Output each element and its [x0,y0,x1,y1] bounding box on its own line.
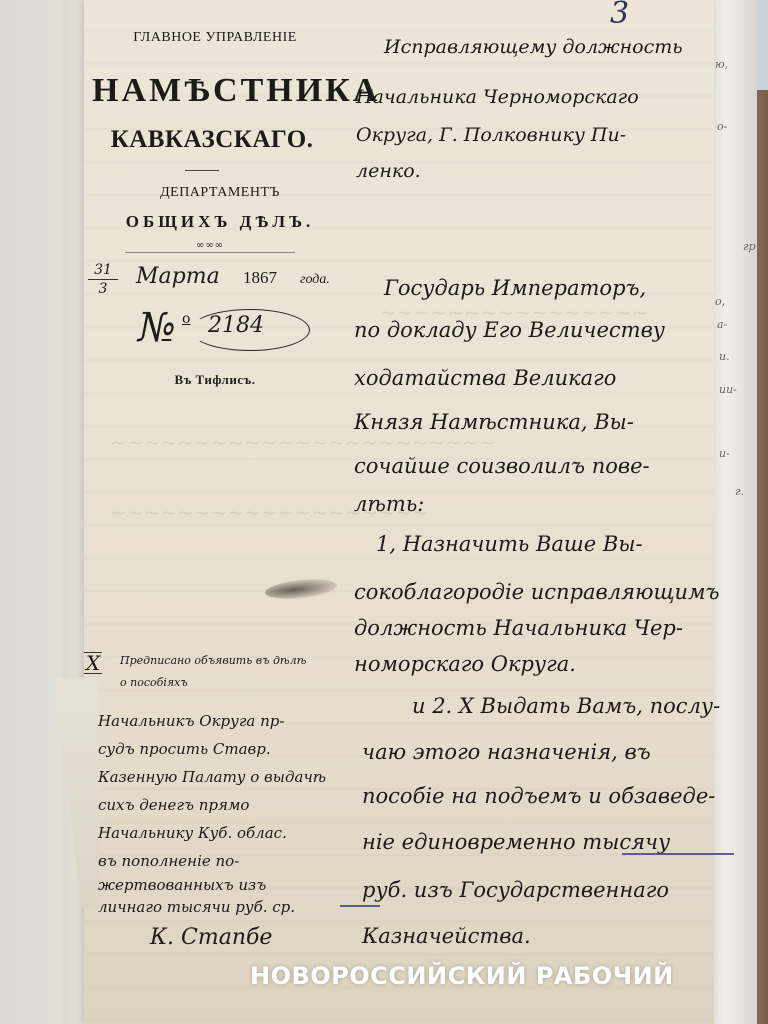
margin-note-line: жертвованныхъ изъ [98,876,266,894]
body-line: лѣть: [354,492,424,516]
margin-note-line: сихъ денегъ прямо [98,796,249,814]
date-year-suffix: года. [300,272,330,288]
margin-note-line: Начальникъ Округа пр- [98,712,284,730]
margin-note-line: судъ просить Ставр. [98,740,271,758]
body-line: и 2. X Выдать Вамъ, послу- [412,694,720,718]
body-line: по докладу Его Величеству [354,318,665,342]
body-line: Государь Императоръ, [384,276,646,300]
date-year: 1867 [243,268,277,288]
date-month: Марта [136,264,220,289]
edge-note: гр [743,240,756,253]
letterhead-department-label: ДЕПАРТАМЕНТЪ [120,185,320,201]
letterhead-line-1: ГЛАВНОЕ УПРАВЛЕНІЕ [110,30,320,46]
address-line: Начальника Черноморскаго [356,86,639,108]
edge-note: ю, [715,58,728,71]
body-line: руб. изъ Государственнаго [362,878,669,902]
signature: К. Стапбе [150,925,272,950]
body-line: сочайше соизволилъ пове- [354,454,650,478]
margin-note-top: Предписано объявить въ дѣлѣ [120,654,306,667]
edge-note: и- [719,447,730,460]
letterhead-department-name: ОБЩИХЪ ДѢЛЪ. [100,212,340,232]
ornament-icon: ∞∞∞ [150,240,270,251]
margin-note-line: личнаго тысячи руб. ср. [98,898,295,916]
ornament-line [125,252,295,253]
margin-note-line: Казенную Палату о выдачѣ [98,768,326,786]
date-fraction-bottom: 3 [99,281,108,297]
publisher-watermark: НОВОРОССИЙСКИЙ РАБОЧИЙ [250,962,674,990]
underline-rub [340,905,380,907]
body-line: чаю этого назначенія, въ [362,740,651,764]
body-line: Казначейства. [362,924,531,948]
date-fraction: 31 3 [88,262,118,297]
address-line: Исправляющему должность [384,36,683,58]
edge-note: ии- [719,383,737,396]
number-ordinal: o [182,311,190,327]
address-line: ленко. [356,160,421,182]
body-line: 1, Назначить Ваше Вы- [376,532,643,556]
edge-note: а- [717,318,727,331]
address-line: Округа, Г. Полковнику Пи- [356,124,626,146]
page-number: 3 [610,0,629,31]
issue-place: Въ Тифлисъ. [150,372,280,388]
edge-note: г. [735,485,744,498]
edge-note: и. [719,350,730,363]
body-line: номорскаго Округа. [354,652,576,676]
letterhead-divider [185,170,219,171]
edge-note: о, [715,295,725,308]
body-line: ніе единовременно тысячу [362,830,670,854]
body-line: должность Начальника Чер- [354,616,683,640]
margin-note-line: Начальнику Куб. облас. [98,824,287,842]
document-date: 31 3 Марта 1867 года. [88,262,348,302]
margin-note-top: о пособіяхъ [120,676,188,689]
letterhead-title: НАМѢСТНИКА [92,72,352,110]
x-mark-icon: X [84,652,102,674]
margin-note-line: въ пополненіе по- [98,852,239,870]
date-fraction-top: 31 [94,262,112,278]
body-line: ходатайства Великаго [354,366,616,390]
body-line: сокоблагородіе исправляющимъ [354,580,719,604]
body-line: пособіе на подъемъ и обзаведе- [362,784,715,808]
letterhead-subtitle: КАВКАЗСКАГО. [92,126,332,154]
body-line: Князя Намѣстника, Вы- [354,410,634,434]
underline-thousand [622,853,734,855]
document-number: № o 2184 [130,305,310,361]
number-sign: № [138,305,176,351]
underlying-pages-edge: ю, о- гр о, а- и. ии- и- г. [712,0,757,1024]
number-value: 2184 [208,313,264,338]
edge-note: о- [717,120,727,133]
